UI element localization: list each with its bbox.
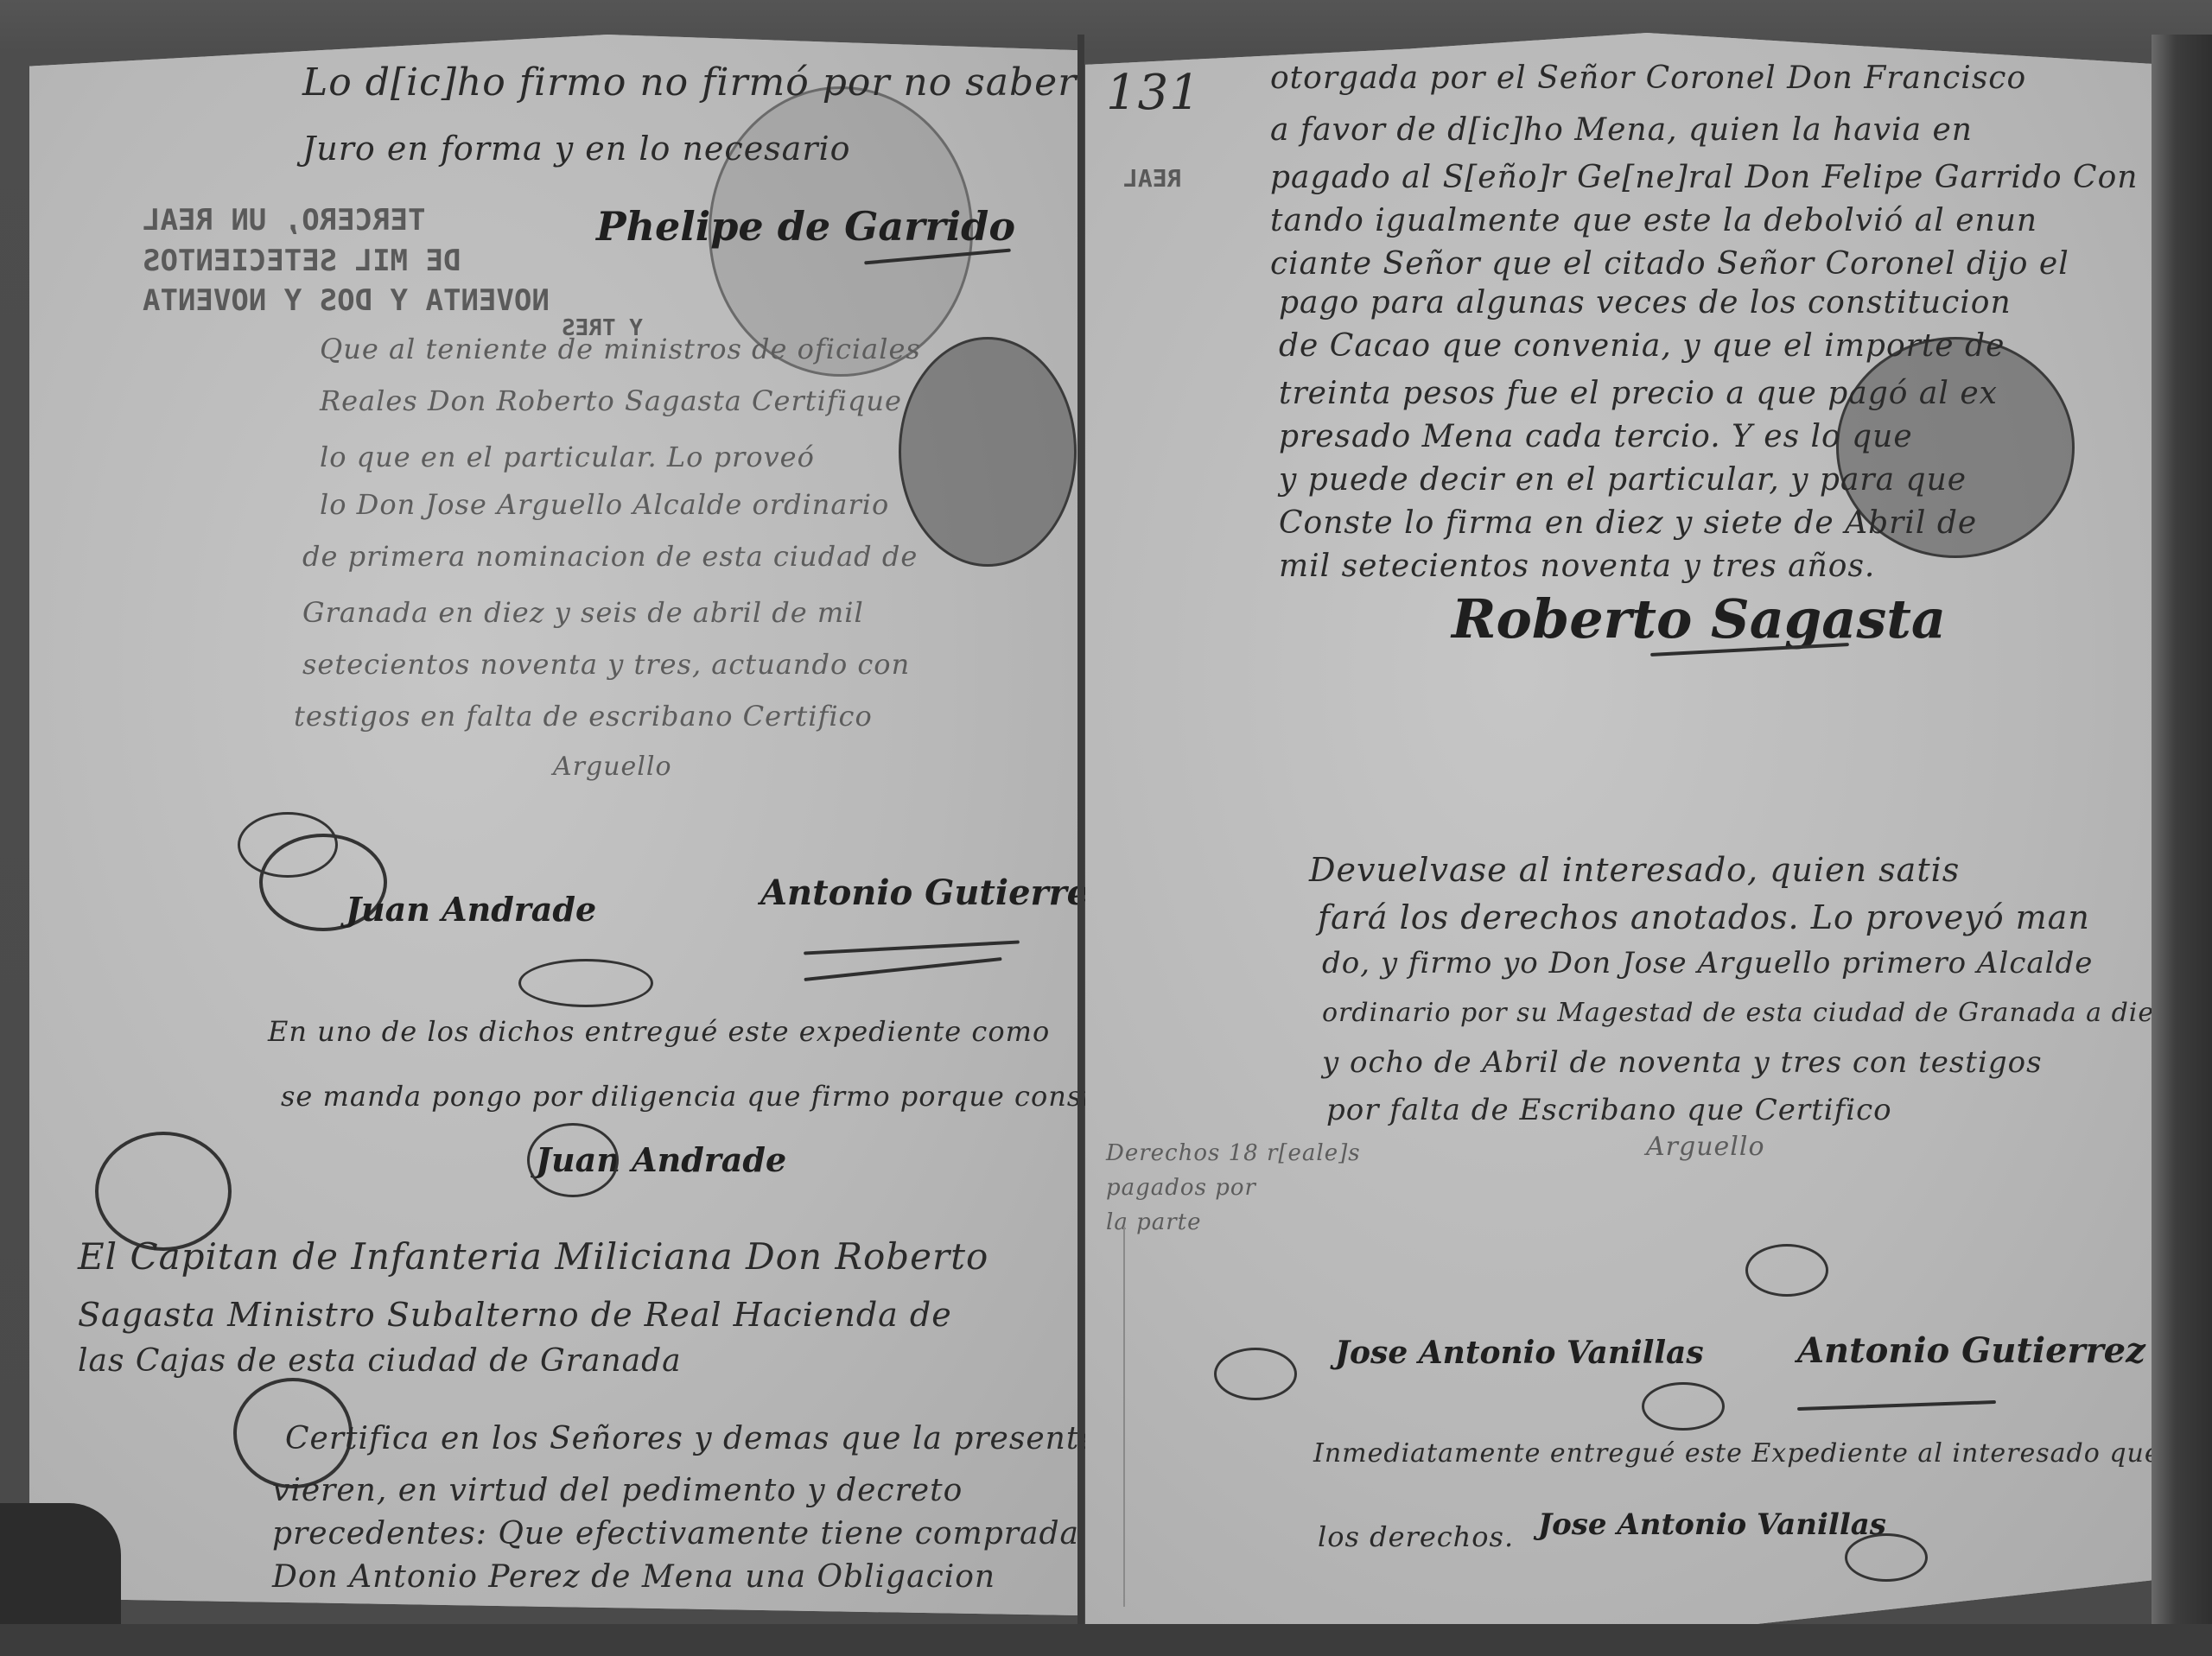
arguello-rubric-loop [1745, 1244, 1828, 1297]
witness-signature-gutierrez-right: Antonio Gutierrez [1797, 1330, 2145, 1371]
left-body-line-8: testigos en falta de escribano Certifico [294, 700, 873, 733]
left-body-line-6: Granada en diez y seis de abril de mil [302, 596, 864, 629]
right-body-line-7: de Cacao que convenia, y que el importe … [1279, 328, 2005, 364]
signature-arguello-left: Arguello [553, 752, 672, 782]
witness-signature-gutierrez: Antonio Gutierrez [760, 872, 1109, 913]
right-body-line-4: tando igualmente que este la debolvió al… [1270, 203, 2037, 238]
book-gutter [1077, 35, 1084, 1624]
signature-sagasta: Roberto Sagasta [1452, 587, 1946, 650]
right-body-line-3: pagado al S[eño]r Ge[ne]ral Don Felipe G… [1270, 160, 2138, 195]
left-note-line-1: En uno de los dichos entregué este exped… [268, 1015, 1050, 1048]
book-right-edge [2152, 35, 2212, 1650]
closing-signature-vanillas: Jose Antonio Vanillas [1538, 1507, 1886, 1542]
decree-line-1: Devuelvase al interesado, quien satis [1309, 851, 1960, 889]
certify-line-2: vieren, en virtud del pedimento y decret… [272, 1473, 963, 1508]
certify-line-3: precedentes: Que efectivamente tiene com… [272, 1516, 1079, 1551]
margin-rule [1123, 1227, 1125, 1607]
vanillas-rubric-loop [1642, 1382, 1725, 1431]
left-body-line-1: Que al teniente de ministros de oficiale… [320, 333, 921, 365]
right-body-line-12: mil setecientos noventa y tres años. [1279, 549, 1875, 584]
left-body-line-4: lo Don Jose Arguello Alcalde ordinario [320, 488, 889, 521]
dark-oval-seal-left [899, 337, 1077, 567]
certificate-line-3: las Cajas de esta ciudad de Granada [78, 1343, 682, 1379]
left-note-line-2: se manda pongo por diligencia que firmo … [281, 1080, 1111, 1113]
decree-line-6: por falta de Escribano que Certifico [1326, 1093, 1892, 1127]
left-body-line-2: Reales Don Roberto Sagasta Certifique [320, 384, 902, 417]
bleed-through-stamp-line-3: NOVENTA Y DOS Y NOVENTA [143, 283, 550, 318]
certificate-line-1: El Capitan de Infanteria Miliciana Don R… [78, 1235, 988, 1278]
right-body-line-8: treinta pesos fue el precio a que pagó a… [1279, 376, 1998, 411]
right-body-line-6: pago para algunas veces de los constituc… [1279, 285, 2012, 320]
bleed-through-stamp-line-2: DE MIL SETECIENTOS [143, 244, 461, 278]
signature-arguello-right: Arguello [1646, 1132, 1765, 1162]
book-bottom-edge [0, 1624, 2212, 1656]
stamp-signature: Phelipe de Garrido [596, 203, 1015, 250]
closing-rubric-loop [1845, 1533, 1928, 1582]
signature-flourish-loop-2 [238, 812, 338, 878]
margin-note-line-1: Derechos 18 r[eale]s [1106, 1140, 1361, 1166]
decree-line-2: fará los derechos anotados. Lo proveyó m… [1318, 898, 2090, 936]
witness-signature-andrade: Juan Andrade [346, 890, 596, 929]
certify-line-4: Don Antonio Perez de Mena una Obligacion [272, 1559, 995, 1595]
right-body-line-2: a favor de d[ic]ho Mena, quien la havia … [1270, 112, 1973, 148]
folio-number: 131 [1106, 65, 1201, 121]
margin-note-line-2: pagados por [1106, 1175, 1256, 1201]
right-body-line-11: Conste lo firma en diez y siete de Abril… [1279, 505, 1977, 541]
note-signature-flourish [527, 1123, 619, 1197]
bleed-through-right: REAL [1123, 164, 1181, 193]
witness-signature-vanillas: Jose Antonio Vanillas [1335, 1335, 1704, 1371]
right-body-line-10: y puede decir en el particular, y para q… [1279, 462, 1967, 498]
header-line-2: Juro en forma y en lo necesario [302, 130, 851, 168]
decree-line-5: y ocho de Abril de noventa y tres con te… [1322, 1045, 2043, 1080]
margin-note-line-3: la parte [1106, 1209, 1202, 1235]
central-rubric-loop [518, 959, 653, 1007]
decree-line-3: do, y firmo yo Don Jose Arguello primero… [1322, 946, 2093, 980]
certify-line-1: Certifica en los Señores y demas que la … [285, 1421, 1099, 1456]
capital-e-flourish [95, 1132, 232, 1251]
left-body-line-7: setecientos noventa y tres, actuando con [302, 648, 910, 681]
decree-line-4: ordinario por su Magestad de esta ciudad… [1322, 998, 2169, 1028]
right-body-line-5: ciante Señor que el citado Señor Coronel… [1270, 246, 2069, 282]
bleed-through-stamp-line-1: TERCERO, UN REAL [143, 203, 426, 238]
right-body-line-1: otorgada por el Señor Coronel Don Franci… [1270, 60, 2026, 96]
closing-line-1: Inmediatamente entregué este Expediente … [1313, 1438, 2212, 1469]
right-body-line-9: presado Mena cada tercio. Y es lo que [1279, 419, 1913, 454]
margin-rubric-loop [1214, 1348, 1297, 1400]
certificate-line-2: Sagasta Ministro Subalterno de Real Haci… [78, 1296, 952, 1334]
left-body-line-5: de primera nominacion de esta ciudad de [302, 540, 918, 573]
left-body-line-3: lo que en el particular. Lo proveó [320, 441, 815, 473]
closing-line-2: los derechos. [1318, 1520, 1514, 1553]
